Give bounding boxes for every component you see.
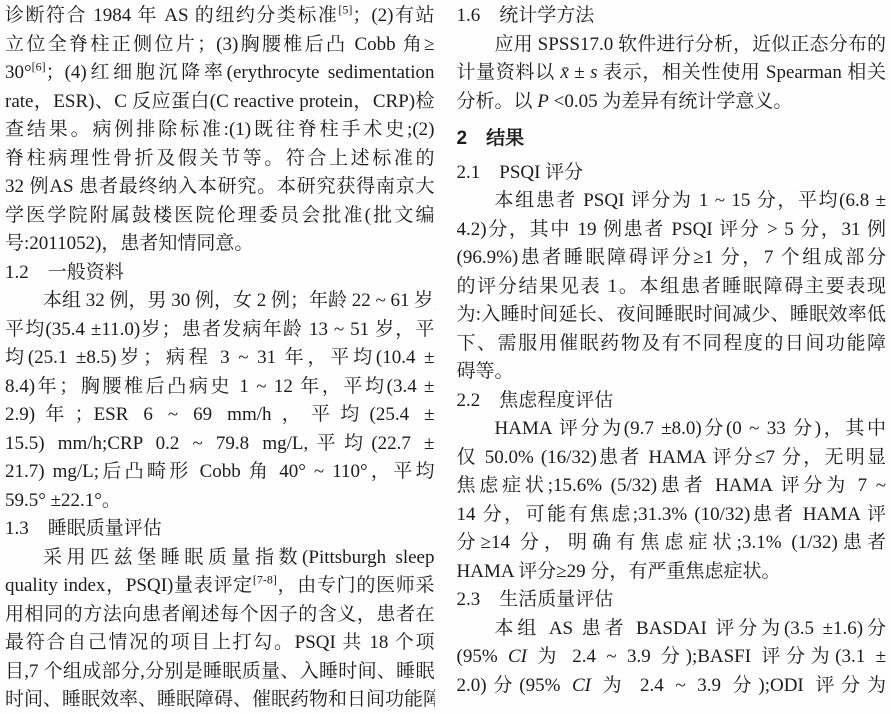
text-segment: 4.2)分，其中 19 例患者 PSQI 评分 > 5 分，31 例 [457, 219, 887, 240]
text-segment: 2.0)分(95% [457, 675, 573, 696]
text-line: 应用 SPSS17.0 软件进行分析，近似正态分布的 [457, 31, 887, 60]
text-segment: 平均(35.4 ±11.0)岁；患者发病年龄 13 ~ 51 岁，平 [5, 319, 435, 340]
text-line: 碍等。 [457, 358, 887, 387]
text-segment: 仅 50.0% (16/32)患者 HAMA 评分≤7 分，无明显 [457, 447, 887, 468]
text-line: 本组 AS 患者 BASDAI 评分为(3.5 ±1.6)分 [457, 615, 887, 644]
text-segment: 2.3 生活质量评估 [457, 589, 614, 610]
text-segment: 2.1 PSQI 评分 [457, 162, 584, 183]
text-line: 时间、睡眠效率、睡眠障碍、催眠药物和日间功能障 [5, 686, 435, 714]
text-line: 计量资料以 x̄ ± s 表示，相关性使用 Spearman 相关 [457, 59, 887, 88]
text-segment: 32 例AS 患者最终纳入本研究。本研究获得南京大 [5, 176, 435, 197]
text-line: HAMA 评分≥29 分，有严重焦虑症状。 [457, 558, 887, 587]
text-line: 用相同的方法向患者阐述每个因子的含义，患者在 [5, 601, 435, 630]
text-segment: 分析。以 [457, 91, 538, 112]
text-segment: 应用 SPSS17.0 软件进行分析，近似正态分布的 [495, 34, 887, 55]
italic-symbol: x̄ [560, 62, 568, 83]
text-line: 21.7) mg/L;后凸畸形 Cobb 角 40° ~ 110°，平均 [5, 458, 435, 487]
text-line: 的评分结果见表 1。本组患者睡眠障碍主要表现 [457, 273, 887, 302]
text-segment: HAMA 评分为(9.7 ±8.0)分(0 ~ 33 分)，其中 [495, 418, 887, 439]
right-text-column: 1.6 统计学方法应用 SPSS17.0 软件进行分析，近似正态分布的计量资料以… [457, 2, 887, 714]
text-line: 均(25.1 ±8.5)岁；病程 3 ~ 31 年，平均(10.4 ± [5, 344, 435, 373]
text-line: 学医学院附属鼓楼医院伦理委员会批准(批文编 [5, 202, 435, 231]
text-line: 目,7 个组成部分,分别是睡眠质量、入睡时间、睡眠 [5, 658, 435, 687]
text-line: 2.9)年；ESR 6 ~ 69 mm/h，平均(25.4 ± [5, 401, 435, 430]
text-line: HAMA 评分为(9.7 ±8.0)分(0 ~ 33 分)，其中 [457, 415, 887, 444]
text-segment: ；(2)有站 [352, 5, 434, 26]
text-line: 仅 50.0% (16/32)患者 HAMA 评分≤7 分，无明显 [457, 444, 887, 473]
text-line: (95% CI 为 2.4 ~ 3.9 分);BASFI 评分为(3.1 ± [457, 643, 887, 672]
text-line: 8.4)年；胸腰椎后凸病史 1 ~ 12 年，平均(3.4 ± [5, 373, 435, 402]
text-segment: 脊柱病理性骨折及假关节等。符合上述标准的 [5, 148, 435, 169]
text-line: 最符合自己情况的项目上打勾。PSQI 共 18 个项 [5, 629, 435, 658]
text-line: 焦虑症状;15.6% (5/32)患者 HAMA 评分为 7 ~ [457, 472, 887, 501]
text-line: 平均(35.4 ±11.0)岁；患者发病年龄 13 ~ 51 岁，平 [5, 316, 435, 345]
text-segment: 学医学院附属鼓楼医院伦理委员会批准(批文编 [5, 205, 435, 226]
reference-superscript: [5] [338, 3, 352, 17]
text-line: 下、需服用催眠药物及有不同程度的日间功能障 [457, 330, 887, 359]
text-segment: 诊断符合 1984 年 AS 的纽约分类标准 [5, 5, 338, 26]
left-text-column: 诊断符合 1984 年 AS 的纽约分类标准[5]；(2)有站立位全脊柱正侧位片… [5, 2, 435, 714]
reference-superscript: [6] [32, 60, 46, 74]
text-line: 本组 32 例，男 30 例，女 2 例；年龄 22 ~ 61 岁， [5, 287, 435, 316]
text-segment: 1.3 睡眠质量评估 [5, 518, 162, 539]
text-line: 采用匹兹堡睡眠质量指数(Pittsburgh sleep [5, 544, 435, 573]
text-segment: 15.5) mm/h;CRP 0.2 ~ 79.8 mg/L,平均(22.7 ± [5, 433, 435, 454]
text-segment: 1.2 一般资料 [5, 262, 124, 283]
text-segment: 采用匹兹堡睡眠质量指数(Pittsburgh sleep [43, 547, 435, 568]
text-segment: 碍等。 [457, 361, 514, 382]
text-segment: 59.5° ±22.1°。 [5, 490, 121, 511]
text-segment: quality index，PSQI)量表评定 [5, 575, 253, 596]
text-segment: ，由专门的医师采 [277, 575, 435, 596]
text-segment: 1.6 统计学方法 [457, 5, 595, 26]
section-heading-level2: 1.6 统计学方法 [457, 2, 887, 31]
section-heading-level2: 2.3 生活质量评估 [457, 586, 887, 615]
text-line: 为:入睡时间延长、夜间睡眠时间减少、睡眠效率低 [457, 301, 887, 330]
text-line: 32 例AS 患者最终纳入本研究。本研究获得南京大 [5, 173, 435, 202]
text-line: 2.0)分(95% CI 为 2.4 ~ 3.9 分);ODI 评分为 [457, 672, 887, 701]
text-segment: <0.05 为差异有统计学意义。 [549, 91, 792, 112]
text-segment: 焦虑症状;15.6% (5/32)患者 HAMA 评分为 7 ~ [457, 475, 887, 496]
text-segment: 30° [5, 62, 32, 83]
text-segment: 表示，相关性使用 Spearman 相关 [598, 62, 886, 83]
text-segment: 本组 AS 患者 BASDAI 评分为(3.5 ±1.6)分 [495, 618, 887, 639]
text-line: quality index，PSQI)量表评定[7-8]，由专门的医师采 [5, 572, 435, 601]
text-segment: 2 结果 [457, 128, 525, 149]
text-segment: HAMA 评分≥29 分，有严重焦虑症状。 [457, 561, 781, 582]
text-segment: 计量资料以 [457, 62, 561, 83]
text-segment: 为:入睡时间延长、夜间睡眠时间减少、睡眠效率低 [457, 304, 887, 325]
italic-symbol: P [537, 91, 549, 112]
text-segment: 分≥14 分，明确有焦虑症状;3.1% (1/32)患者 [457, 532, 887, 553]
text-segment: (96.9%)患者睡眠障碍评分≥1 分，7 个组成部分 [457, 247, 887, 268]
text-line: 分≥14 分，明确有焦虑症状;3.1% (1/32)患者 [457, 529, 887, 558]
text-segment: 的评分结果见表 1。本组患者睡眠障碍主要表现 [457, 276, 887, 297]
section-heading-level2: 2.2 焦虑程度评估 [457, 387, 887, 416]
text-line: 14 分，可能有焦虑;31.3% (10/32)患者 HAMA 评 [457, 501, 887, 530]
text-segment: 21.7) mg/L;后凸畸形 Cobb 角 40° ~ 110°，平均 [5, 461, 435, 482]
italic-symbol: s [590, 62, 597, 83]
text-line: 查结果。病例排除标准:(1)既往脊柱手术史;(2) [5, 116, 435, 145]
text-segment: 本组患者 PSQI 评分为 1 ~ 15 分，平均(6.8 ± [495, 190, 887, 211]
text-segment: 14 分，可能有焦虑;31.3% (10/32)患者 HAMA 评 [457, 504, 887, 525]
text-line: 15.5) mm/h;CRP 0.2 ~ 79.8 mg/L,平均(22.7 ± [5, 430, 435, 459]
text-segment: 为 2.4 ~ 3.9 分);ODI 评分为 [591, 675, 886, 696]
text-segment: 号:2011052)，患者知情同意。 [5, 233, 253, 254]
text-line: 本组患者 PSQI 评分为 1 ~ 15 分，平均(6.8 ± [457, 187, 887, 216]
text-line: 号:2011052)，患者知情同意。 [5, 230, 435, 259]
text-line: 4.2)分，其中 19 例患者 PSQI 评分 > 5 分，31 例 [457, 216, 887, 245]
section-heading-level1: 2 结果 [457, 125, 887, 154]
text-line: (96.9%)患者睡眠障碍评分≥1 分，7 个组成部分 [457, 244, 887, 273]
text-line: 分析。以 P <0.05 为差异有统计学意义。 [457, 88, 887, 117]
text-segment: 立位全脊柱正侧位片；(3)胸腰椎后凸 Cobb 角≥ [5, 34, 435, 55]
paper-page: 诊断符合 1984 年 AS 的纽约分类标准[5]；(2)有站立位全脊柱正侧位片… [0, 0, 891, 714]
italic-symbol: CI [508, 646, 527, 667]
text-line: 立位全脊柱正侧位片；(3)胸腰椎后凸 Cobb 角≥ [5, 31, 435, 60]
text-line: 诊断符合 1984 年 AS 的纽约分类标准[5]；(2)有站 [5, 2, 435, 31]
text-segment: ；(4)红细胞沉降率(erythrocyte sedimentation [46, 62, 435, 83]
text-segment: 本组 32 例，男 30 例，女 2 例；年龄 22 ~ 61 岁， [43, 290, 435, 311]
text-segment: 2.9)年；ESR 6 ~ 69 mm/h，平均(25.4 ± [5, 404, 435, 425]
text-segment: 时间、睡眠效率、睡眠障碍、催眠药物和日间功能障 [5, 689, 435, 710]
text-segment: rate，ESR)、C 反应蛋白(C reactive protein，CRP)… [5, 91, 435, 112]
text-line: rate，ESR)、C 反应蛋白(C reactive protein，CRP)… [5, 88, 435, 117]
text-line: 59.5° ±22.1°。 [5, 487, 435, 516]
text-segment: 用相同的方法向患者阐述每个因子的含义，患者在 [5, 604, 435, 625]
text-line: 脊柱病理性骨折及假关节等。符合上述标准的 [5, 145, 435, 174]
text-segment: 2.2 焦虑程度评估 [457, 390, 614, 411]
text-segment: 8.4)年；胸腰椎后凸病史 1 ~ 12 年，平均(3.4 ± [5, 376, 435, 397]
text-segment: 目,7 个组成部分,分别是睡眠质量、入睡时间、睡眠 [5, 661, 435, 682]
section-heading-level2: 1.3 睡眠质量评估 [5, 515, 435, 544]
reference-superscript: [7-8] [253, 573, 277, 587]
italic-symbol: CI [572, 675, 591, 696]
text-line: 30°[6]；(4)红细胞沉降率(erythrocyte sedimentati… [5, 59, 435, 88]
text-segment: 最符合自己情况的项目上打勾。PSQI 共 18 个项 [5, 632, 435, 653]
text-segment: (95% [457, 646, 509, 667]
text-segment: 查结果。病例排除标准:(1)既往脊柱手术史;(2) [5, 119, 435, 140]
section-heading-level2: 2.1 PSQI 评分 [457, 159, 887, 188]
text-segment: ± [569, 62, 590, 83]
text-segment: 为 2.4 ~ 3.9 分);BASFI 评分为(3.1 ± [527, 646, 886, 667]
text-segment: 均(25.1 ±8.5)岁；病程 3 ~ 31 年，平均(10.4 ± [5, 347, 435, 368]
section-heading-level2: 1.2 一般资料 [5, 259, 435, 288]
text-segment: 下、需服用催眠药物及有不同程度的日间功能障 [457, 333, 887, 354]
